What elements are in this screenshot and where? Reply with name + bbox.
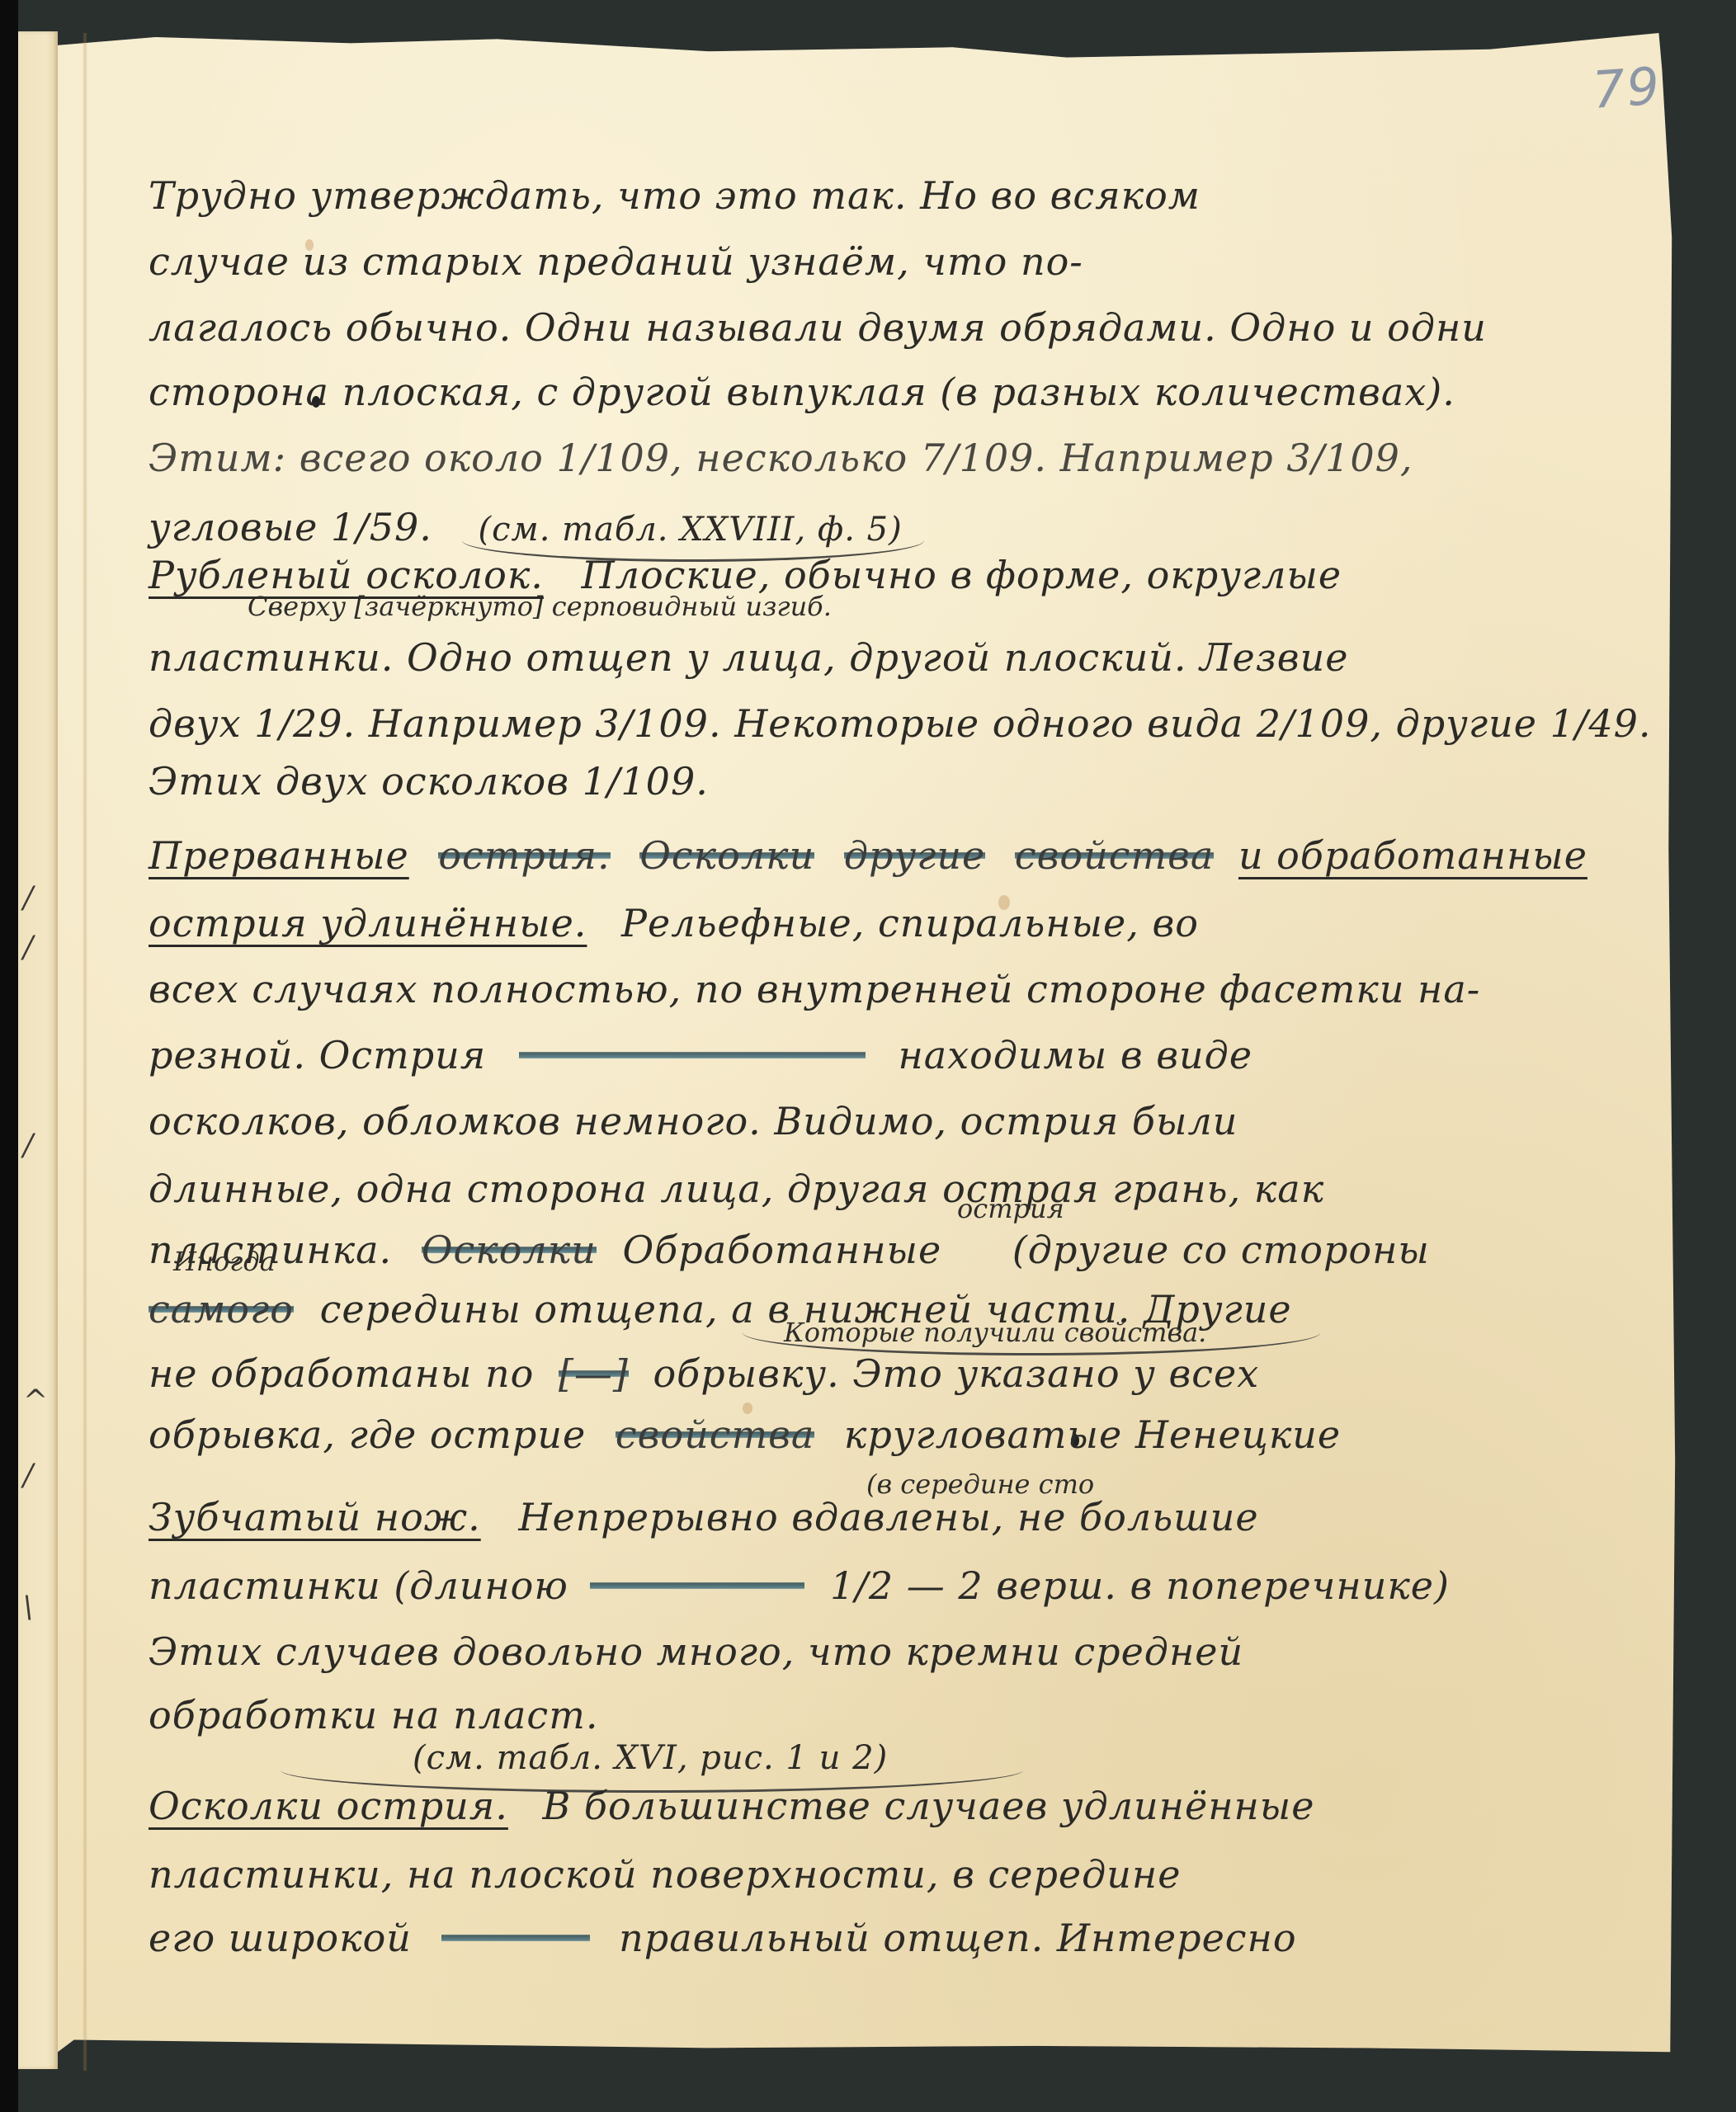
line-text: резной. Острия bbox=[149, 1033, 486, 1077]
struck-word: свойства bbox=[1015, 833, 1214, 878]
text-line: обрывка, где острие свойства кругловатые… bbox=[149, 1412, 1341, 1457]
margin-mark: / bbox=[23, 931, 33, 964]
line-text: Рельефные, спиральные, во bbox=[621, 901, 1199, 945]
text-line: Этих случаев довольно много, что кремни … bbox=[149, 1629, 1243, 1674]
line-text: Обработанные bbox=[622, 1228, 941, 1272]
section-heading: Рубленый осколок. bbox=[149, 553, 544, 597]
text-line: его широкой [зачёркнуто] правильный отще… bbox=[149, 1916, 1297, 1960]
line-text: его широкой bbox=[149, 1916, 412, 1960]
text-line: длинные, одна сторона лица, другая остра… bbox=[149, 1167, 1324, 1211]
text-line: пластинки, на плоской поверхности, в сер… bbox=[149, 1852, 1181, 1897]
text-line: резной. Острия [зачёркнуто] находимы в в… bbox=[149, 1033, 1252, 1077]
text-line: лагалось обычно. Одни называли двумя обр… bbox=[149, 305, 1487, 350]
text-line: сторона плоская, с другой выпуклая (в ра… bbox=[149, 370, 1455, 414]
section-heading: Зубчатый нож. bbox=[149, 1495, 481, 1539]
struck-word: Осколки bbox=[422, 1228, 597, 1272]
text-line: пластинка. Осколки Обработанные (другие … bbox=[149, 1228, 1430, 1272]
line-text: кругловатые Ненецкие bbox=[844, 1412, 1341, 1457]
text-line: осколков, обломков немного. Видимо, остр… bbox=[149, 1099, 1238, 1143]
struck-word: самого bbox=[149, 1287, 294, 1332]
text-line: не обработаны по [—] обрывку. Это указан… bbox=[149, 1351, 1259, 1396]
text-line: Трудно утверждать, что это так. Но во вс… bbox=[149, 173, 1201, 218]
folio-number: 79 bbox=[1591, 55, 1663, 120]
line-text: 1/2 — 2 верш. в поперечнике) bbox=[830, 1563, 1450, 1608]
text-line: Прерванные острия. Осколки другие свойст… bbox=[149, 833, 1587, 878]
line-text: пластинки (длиною bbox=[149, 1563, 568, 1608]
margin-mark: / bbox=[23, 1129, 33, 1162]
text-line: пластинки. Одно отщеп у лица, другой пло… bbox=[149, 635, 1348, 680]
line-text: угловые 1/59. bbox=[149, 505, 432, 549]
struck-word: свойства bbox=[616, 1412, 814, 1457]
section-heading: острия удлинённые. bbox=[149, 901, 587, 945]
text-line: двух 1/29. Например 3/109. Некоторые одн… bbox=[149, 701, 1652, 746]
scan-border bbox=[0, 0, 18, 2112]
margin-mark: \ bbox=[23, 1591, 33, 1624]
text-line: случае из старых преданий узнаём, что по… bbox=[149, 239, 1083, 284]
text-line: Рубленый осколок. Плоские, обычно в форм… bbox=[149, 553, 1342, 597]
interlinear-insertion: Иногда bbox=[173, 1246, 276, 1277]
interlinear-insertion: острия bbox=[957, 1193, 1064, 1224]
struck-word: [зачёркнуто] bbox=[590, 1563, 804, 1608]
text-line: Этих двух осколков 1/109. bbox=[149, 759, 709, 804]
section-heading: Прерванные bbox=[149, 833, 409, 878]
line-text: и обработанные bbox=[1238, 833, 1587, 878]
line-text: не обработаны по bbox=[149, 1351, 534, 1396]
text-line: Осколки острия. В большинстве случаев уд… bbox=[149, 1784, 1315, 1828]
line-text: Плоские, обычно в форме, округлые bbox=[582, 553, 1342, 597]
page-fold bbox=[83, 33, 87, 2071]
text-line: Этим: всего около 1/109, несколько 7/109… bbox=[149, 436, 1413, 480]
text-line: острия удлинённые. Рельефные, спиральные… bbox=[149, 901, 1199, 945]
text-line: пластинки (длиною [зачёркнуто] 1/2 — 2 в… bbox=[149, 1563, 1450, 1608]
struck-word: [зачёркнуто] bbox=[519, 1033, 866, 1077]
line-text: В большинстве случаев удлинённые bbox=[543, 1784, 1315, 1828]
struck-word: Осколки bbox=[639, 833, 814, 878]
text-line: Зубчатый нож. Непрерывно вдавлены, не бо… bbox=[149, 1495, 1259, 1539]
struck-word: острия. bbox=[438, 833, 610, 878]
section-heading: Осколки острия. bbox=[149, 1784, 508, 1828]
line-text: находимы в виде bbox=[899, 1033, 1253, 1077]
struck-word: [зачёркнуто] bbox=[441, 1916, 590, 1960]
line-text: обрывка, где острие bbox=[149, 1412, 586, 1457]
margin-mark: / bbox=[23, 881, 33, 915]
line-text: Непрерывно вдавлены, не большие bbox=[518, 1495, 1258, 1539]
text-line: обработки на пласт. bbox=[149, 1693, 598, 1737]
line-text: (другие со стороны bbox=[1012, 1228, 1430, 1272]
facing-page-edge: / / / ^ / \ bbox=[18, 31, 58, 2069]
margin-mark: ^ bbox=[23, 1384, 48, 1418]
margin-mark: / bbox=[23, 1459, 33, 1492]
struck-word: [—] bbox=[559, 1351, 629, 1396]
scanned-manuscript: / / / ^ / \ 79 Трудно утверждать, что эт… bbox=[0, 0, 1736, 2112]
line-text: обрывку. Это указано у всех bbox=[653, 1351, 1259, 1396]
text-line: всех случаях полностью, по внутренней ст… bbox=[149, 967, 1480, 1011]
struck-word: другие bbox=[844, 833, 985, 878]
